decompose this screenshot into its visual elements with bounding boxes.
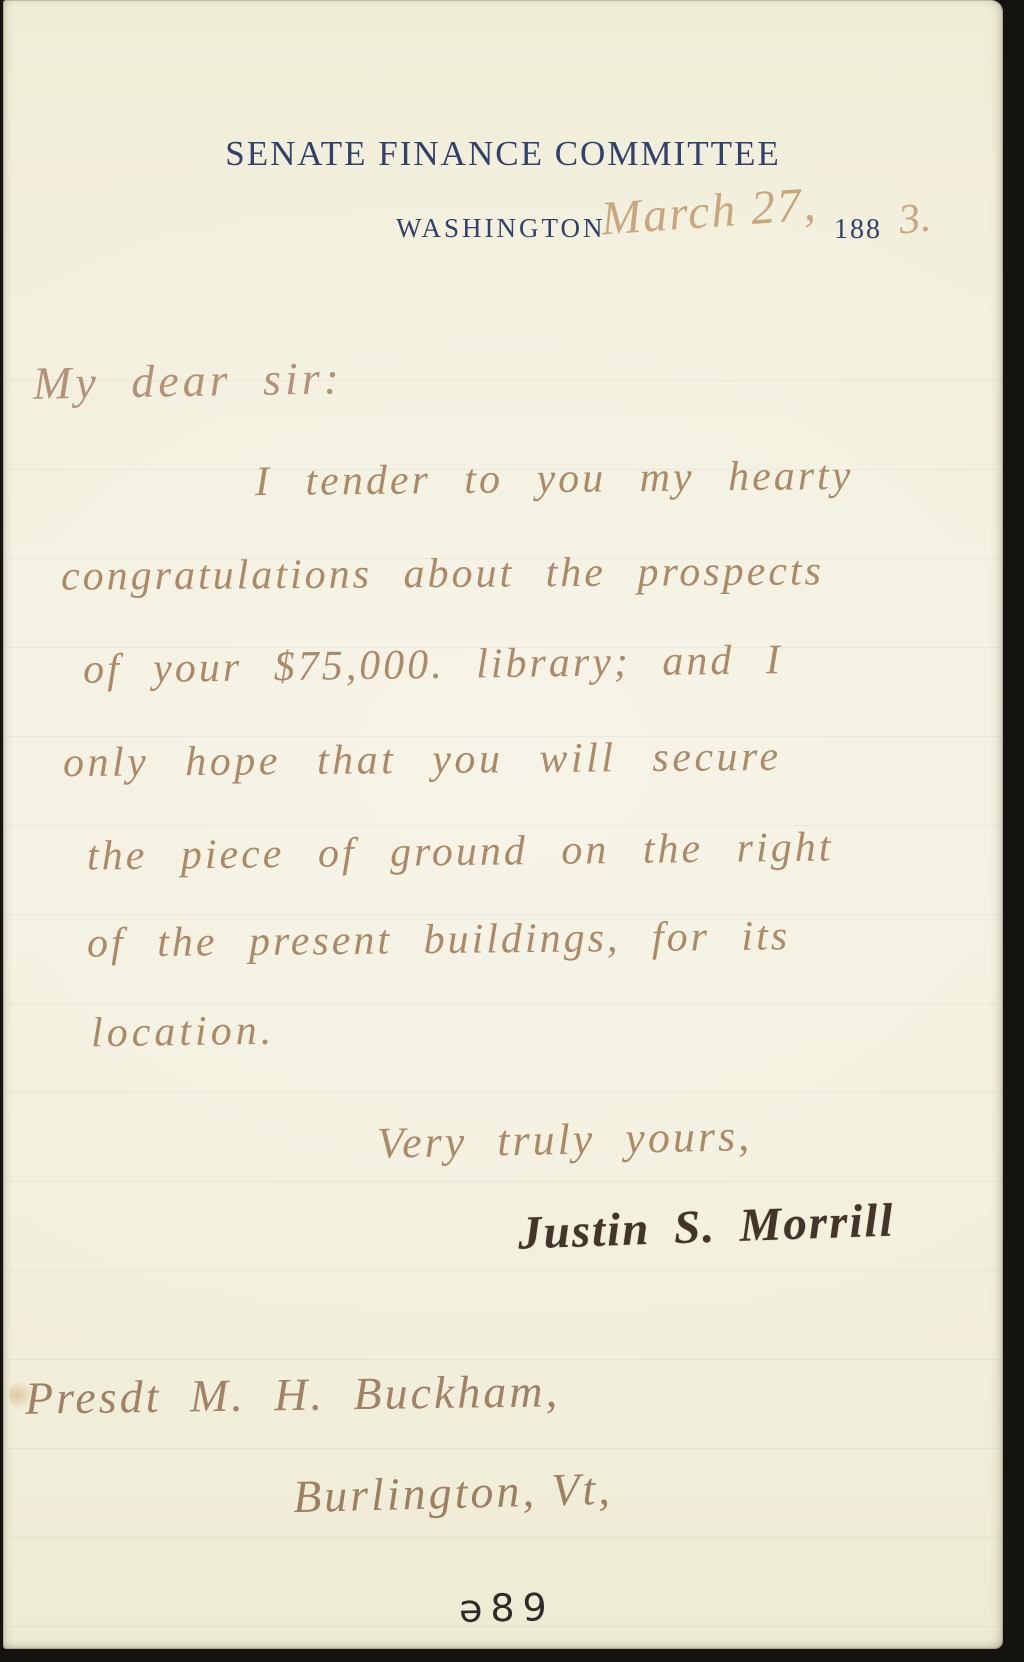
body-line: the piece of ground on the right <box>87 824 834 879</box>
recipient-address: Burlington, Vt, <box>292 1464 613 1523</box>
letterhead-committee-title: SENATE FINANCE COMMITTEE <box>3 134 1003 174</box>
body-line: congratulations about the prospects <box>61 548 824 600</box>
handwritten-date-month-day: March 27, <box>599 179 818 247</box>
body-line: location. <box>91 1008 276 1057</box>
archival-page-number: ǝ89 <box>459 1585 555 1631</box>
closing-valediction: Very truly yours, <box>377 1112 753 1168</box>
printed-year-prefix: 188 <box>834 214 882 246</box>
handwritten-year-suffix: 3. <box>897 194 933 243</box>
recipient-name: Presdt M. H. Buckham, <box>25 1366 561 1424</box>
salutation: My dear sir: <box>33 353 344 409</box>
body-line: of the present buildings, for its <box>87 913 791 967</box>
signature: Justin S. Morrill <box>517 1195 895 1260</box>
letterhead-city: WASHINGTON <box>396 213 606 244</box>
body-line: of your $75,000. library; and I <box>83 637 783 693</box>
body-line: only hope that you will secure <box>63 734 782 786</box>
letter-paper: SENATE FINANCE COMMITTEE WASHINGTON Marc… <box>3 0 1003 1649</box>
body-line: I tender to you my hearty <box>255 453 854 505</box>
scanned-letter-page: SENATE FINANCE COMMITTEE WASHINGTON Marc… <box>0 0 1024 1662</box>
